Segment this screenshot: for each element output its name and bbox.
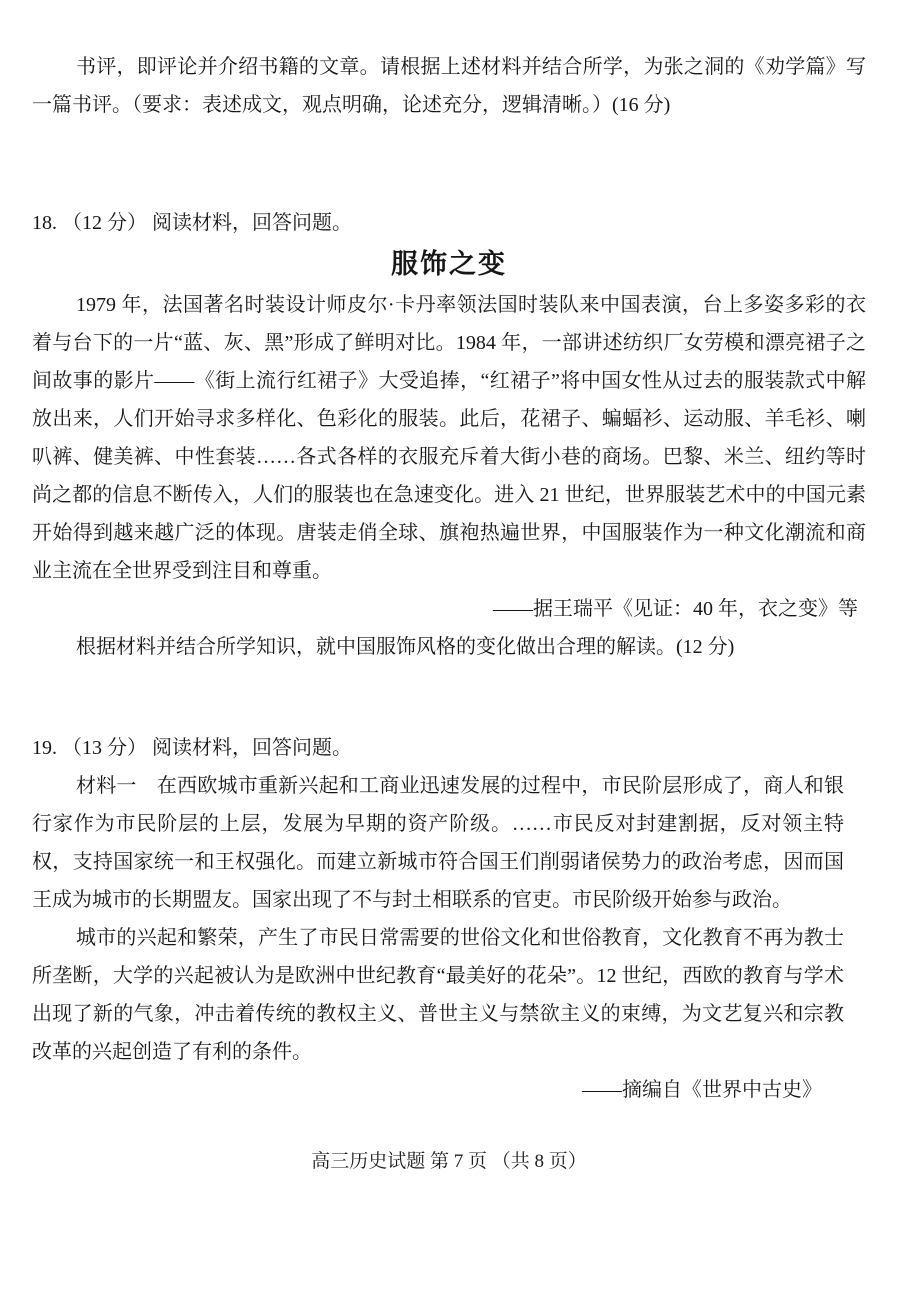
- exam-paper-page: 书评，即评论并介绍书籍的文章。请根据上述材料并结合所学，为张之洞的《劝学篇》写一…: [0, 0, 900, 1312]
- question18-material-title: 服饰之变: [32, 242, 866, 286]
- question18-material-body: 1979 年，法国著名时装设计师皮尔·卡丹率领法国时装队来中国表演，台上多姿多彩…: [32, 286, 866, 590]
- question18-task: 根据材料并结合所学知识，就中国服饰风格的变化做出合理的解读。(12 分): [32, 628, 866, 666]
- page-footer: 高三历史试题 第 7 页 （共 8 页）: [32, 1143, 866, 1181]
- question19-material1-paragraph2: 城市的兴起和繁荣，产生了市民日常需要的世俗文化和世俗教育，文化教育不再为教士所垄…: [32, 919, 844, 1071]
- question-18: 18. （12 分） 阅读材料，回答问题。 服饰之变 1979 年，法国著名时装…: [32, 204, 866, 666]
- question17-continuation-text: 书评，即评论并介绍书籍的文章。请根据上述材料并结合所学，为张之洞的《劝学篇》写一…: [32, 48, 866, 124]
- question19-source-attribution: ——摘编自《世界中古史》: [32, 1071, 866, 1109]
- question18-header: 18. （12 分） 阅读材料，回答问题。: [32, 204, 866, 242]
- question19-header: 19. （13 分） 阅读材料，回答问题。: [32, 729, 866, 767]
- question-19: 19. （13 分） 阅读材料，回答问题。 材料一 在西欧城市重新兴起和工商业迅…: [32, 729, 866, 1109]
- question19-material1-paragraph1: 材料一 在西欧城市重新兴起和工商业迅速发展的过程中，市民阶层形成了，商人和银行家…: [32, 767, 844, 919]
- question18-source-attribution: ——据王瑞平《见证：40 年，衣之变》等: [32, 590, 866, 628]
